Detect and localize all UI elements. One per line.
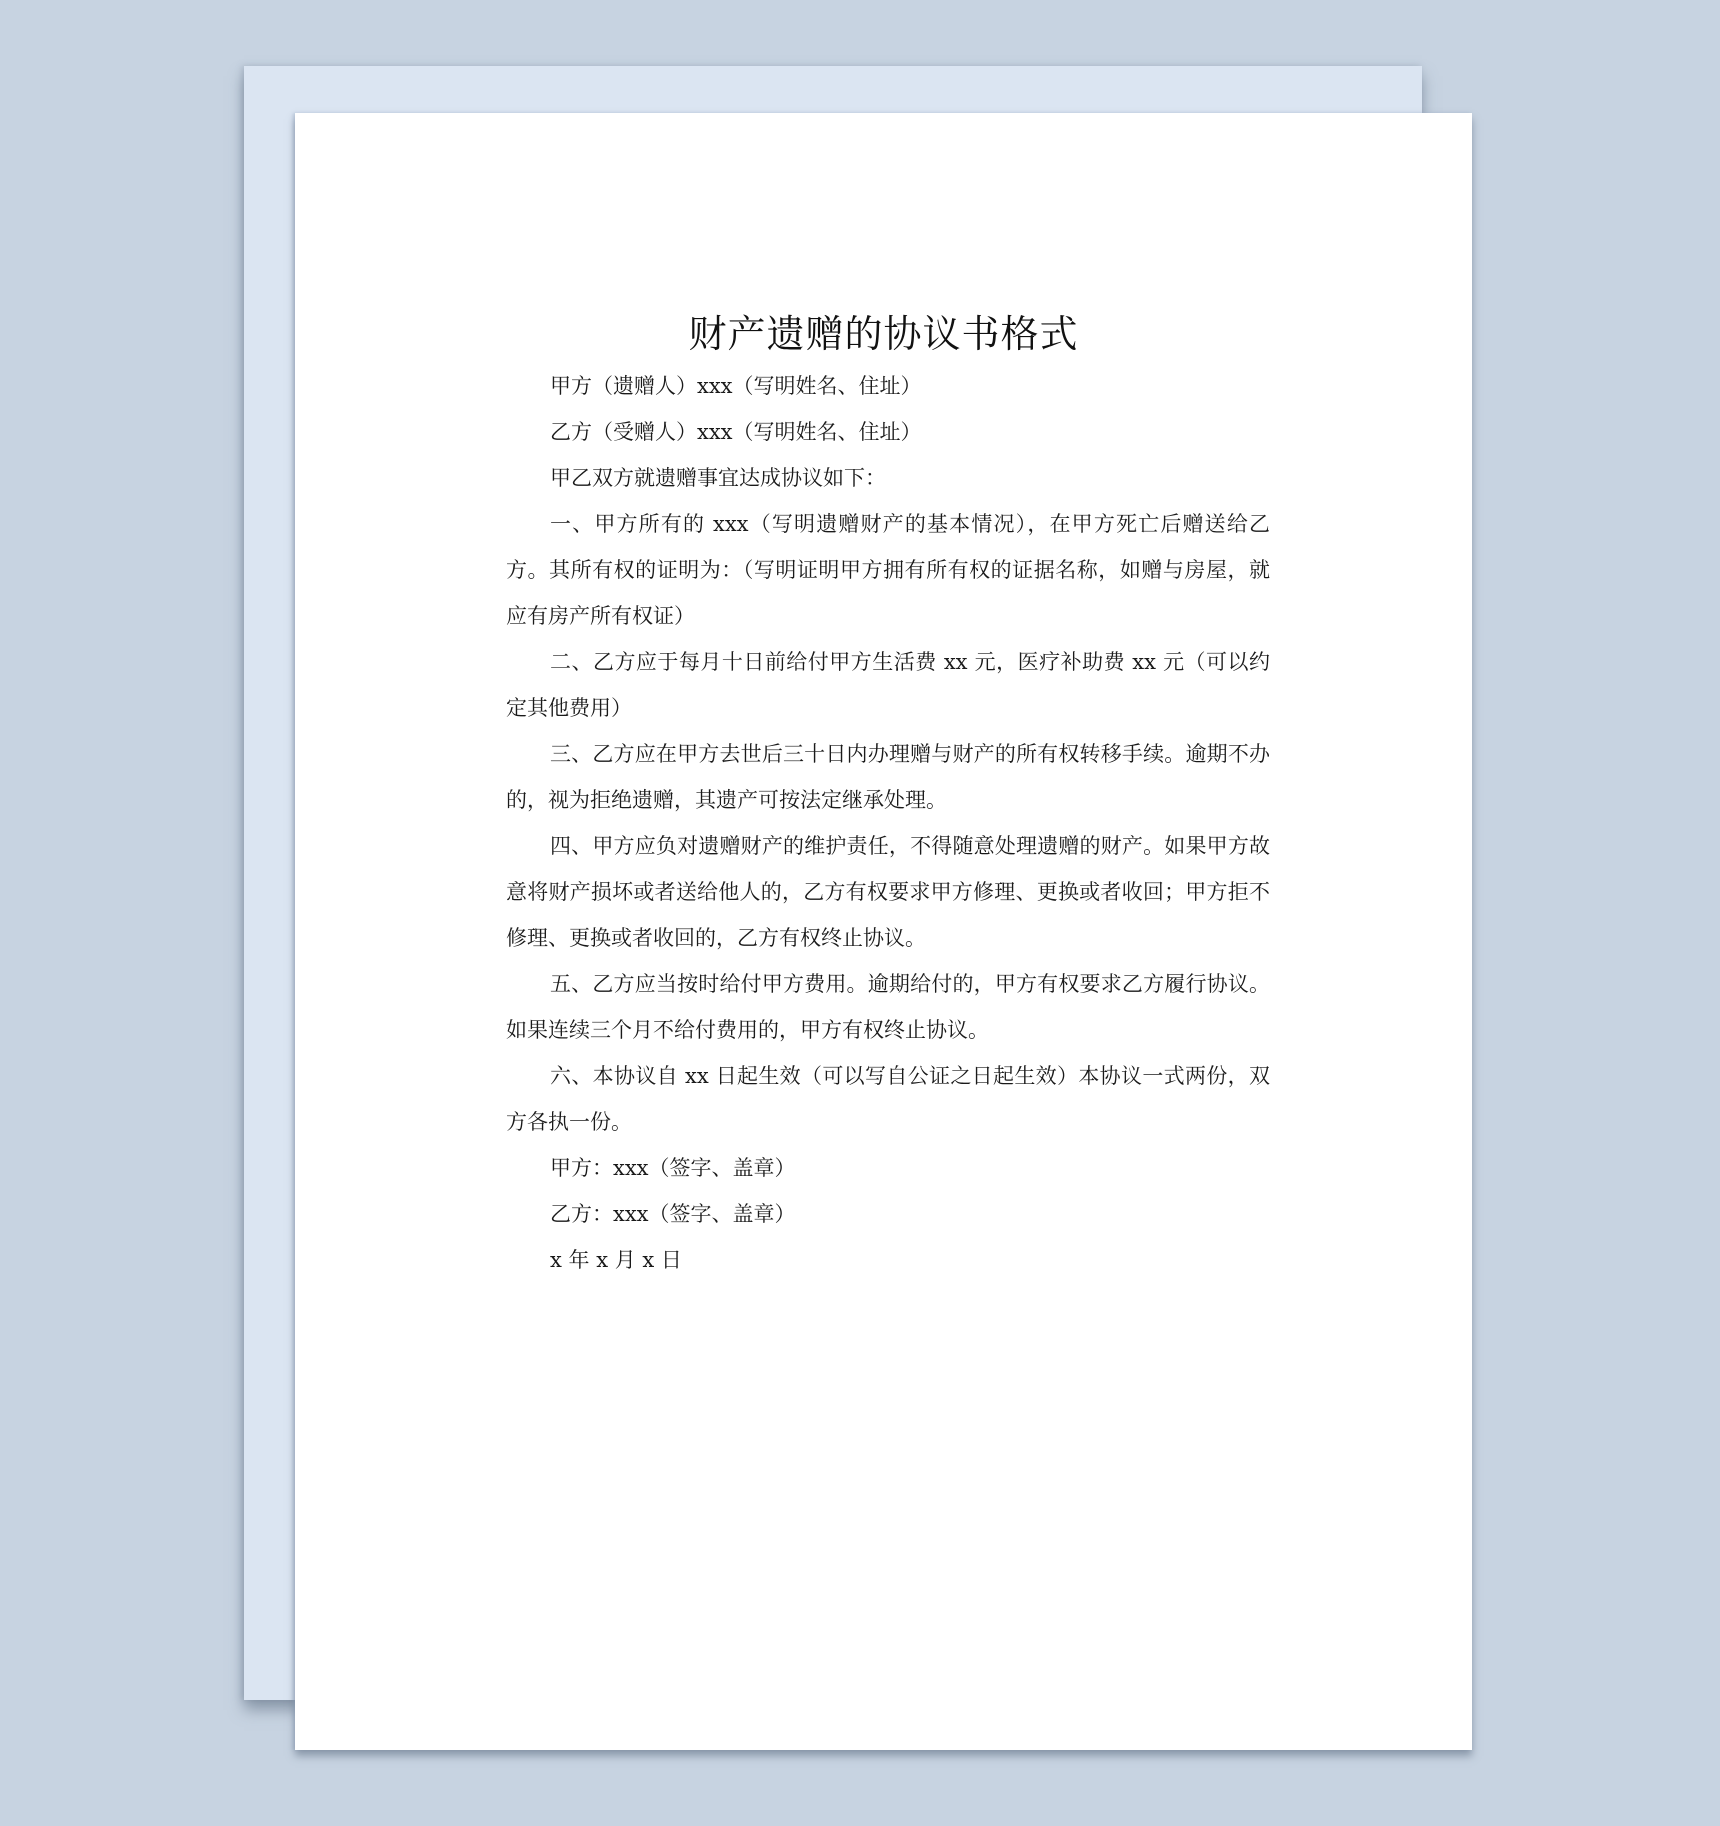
clause-6: 六、本协议自 xx 日起生效（可以写自公证之日起生效）本协议一式两份，双方各执一… xyxy=(506,1053,1270,1145)
party-a-line: 甲方（遗赠人）xxx（写明姓名、住址） xyxy=(506,363,1270,409)
clause-1: 一、甲方所有的 xxx（写明遗赠财产的基本情况），在甲方死亡后赠送给乙方。其所有… xyxy=(506,501,1270,639)
party-b-line: 乙方（受赠人）xxx（写明姓名、住址） xyxy=(506,409,1270,455)
clause-5: 五、乙方应当按时给付甲方费用。逾期给付的，甲方有权要求乙方履行协议。如果连续三个… xyxy=(506,961,1270,1053)
clause-3: 三、乙方应在甲方去世后三十日内办理赠与财产的所有权转移手续。逾期不办的，视为拒绝… xyxy=(506,731,1270,823)
clause-4: 四、甲方应负对遗赠财产的维护责任，不得随意处理遗赠的财产。如果甲方故意将财产损坏… xyxy=(506,823,1270,961)
document-body: 甲方（遗赠人）xxx（写明姓名、住址） 乙方（受赠人）xxx（写明姓名、住址） … xyxy=(506,363,1270,1283)
front-page-sheet: 财产遗赠的协议书格式 甲方（遗赠人）xxx（写明姓名、住址） 乙方（受赠人）xx… xyxy=(295,113,1472,1750)
party-a-signature: 甲方：xxx（签字、盖章） xyxy=(506,1145,1270,1191)
document-title: 财产遗赠的协议书格式 xyxy=(295,303,1472,358)
party-b-signature: 乙方：xxx（签字、盖章） xyxy=(506,1191,1270,1237)
signing-date: x 年 x 月 x 日 xyxy=(506,1237,1270,1283)
agreement-intro: 甲乙双方就遗赠事宜达成协议如下： xyxy=(506,455,1270,501)
clause-2: 二、乙方应于每月十日前给付甲方生活费 xx 元，医疗补助费 xx 元（可以约定其… xyxy=(506,639,1270,731)
